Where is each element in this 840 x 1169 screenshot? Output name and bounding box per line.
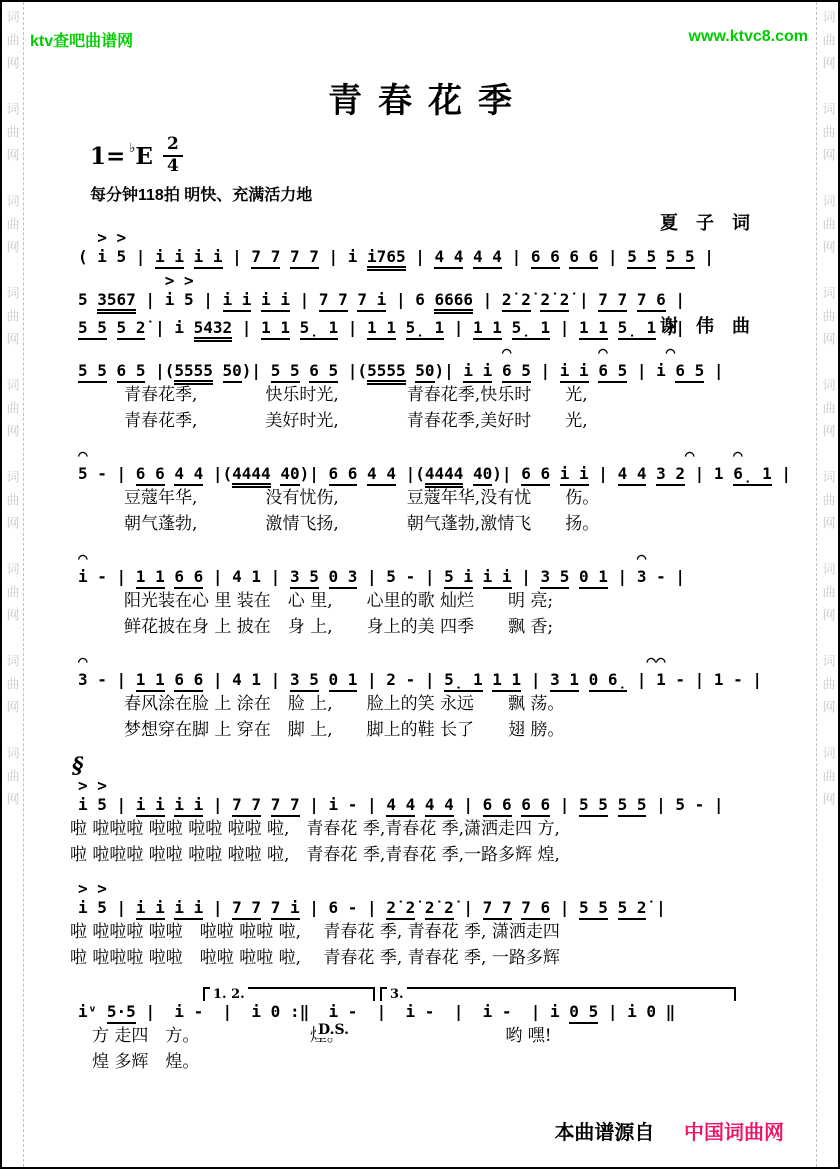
dal-segno-label: D.S. [316, 1022, 351, 1038]
watermark-text: 词曲网 词曲网 词曲网 词曲网 词曲网 词曲网 词曲网 词曲网 词曲网 [3, 10, 22, 1160]
notation-row: i 5 | i i i i | 7 7 7 7 | i - | 4 4 4 4 … [68, 793, 814, 816]
lyric-line: 啦 啦啦啦 啦啦 啦啦 啦啦 啦, 青春花 季,青春花 季,一路多辉 煌, [68, 842, 814, 868]
notation-row: 5 5 5 2̇ | i 5432 | 1 1 5̣ 1 | 1 1 5̣ 1 … [68, 316, 814, 339]
slur-row: ⌒ ⌒ ⌒ [68, 447, 814, 462]
lyric-line: 啦 啦啦啦 啦啦 啦啦 啦啦 啦, 青春花 季,青春花 季,潇洒走四 方, [68, 816, 814, 842]
notation-row: i 5 | i i i i | 7 7 7 i | 6 - | 2̇ 2̇ 2̇… [68, 896, 814, 919]
music-line-9: > > i 5 | i i i i | 7 7 7 i | 6 - | 2̇ 2… [68, 881, 814, 971]
footer-source-label: 本曲谱源自 [554, 1122, 654, 1144]
notation-row: 5 - | 6 6 4 4 |(4444 40)| 6 6 4 4 |(4444… [68, 462, 814, 485]
music-line-6: ⌒ ⌒ i - | 1 1 6 6 | 4 1 | 3 5 0 3 | 5 - … [68, 550, 814, 640]
lyric-line: 煌 多辉 煌。 [68, 1049, 814, 1075]
lyric-line: 阳光装在心 里 装在 心 里, 心里的歌 灿烂 明 亮; [68, 588, 814, 614]
meta-block: 1=♭E 2 4 每分钟118拍 明快、充满活力地 夏 子 词 谢 伟 曲 [26, 136, 814, 218]
footer-credit: 本曲谱源自 中国词曲网 [554, 1116, 784, 1145]
site-link-left[interactable]: ktv查吧曲谱网 [30, 28, 133, 51]
watermark-text: 词曲网 词曲网 词曲网 词曲网 词曲网 词曲网 词曲网 词曲网 词曲网 [819, 10, 838, 1160]
lyric-line: 豆蔻年华, 没有忧伤, 豆蔻年华,没有忧 伤。 [68, 485, 814, 511]
lyric-line: 啦 啦啦啦 啦啦 啦啦 啦啦 啦, 青春花 季, 青春花 季, 潇洒走四 [68, 919, 814, 945]
music-line-1: > > ( i 5 | i i i i | 7 7 7 7 | i i765 |… [68, 230, 814, 268]
notation-row: iᵛ 5·5 | i - | i 0 :‖ i - | i - | i - | … [68, 1000, 814, 1023]
notation-row: 3 - | 1 1 6 6 | 4 1 | 3 5 0 1 | 2 - | 5̣… [68, 668, 814, 691]
music-line-8: > > i 5 | i i i i | 7 7 7 7 | i - | 4 4 … [68, 778, 814, 868]
time-signature: 2 4 [163, 136, 183, 176]
music-line-7: ⌒ ⌒⌒ 3 - | 1 1 6 6 | 4 1 | 3 5 0 1 | 2 -… [68, 653, 814, 743]
music-line-4: ⌒ ⌒ ⌒ 5 5 6 5 |(5555 50)| 5 5 6 5 |(5555… [68, 344, 814, 434]
music-line-10: 1. 2. 3. iᵛ 5·5 | i - | i 0 :‖ i - | i -… [68, 984, 814, 1075]
accent-row: > > [68, 273, 814, 288]
sheet-music-page: 词曲网 词曲网 词曲网 词曲网 词曲网 词曲网 词曲网 词曲网 词曲网 词曲网 … [0, 0, 840, 1169]
meter-numerator: 2 [163, 136, 183, 157]
lyric-line: 青春花季, 快乐时光, 青春花季,快乐时 光, [68, 382, 814, 408]
left-margin-divider [23, 2, 24, 1167]
notation-row: i - | 1 1 6 6 | 4 1 | 3 5 0 3 | 5 - | 5 … [68, 565, 814, 588]
volta-label-3: 3. [387, 987, 407, 1002]
slur-row: ⌒ ⌒⌒ [68, 653, 814, 668]
accent-row: > > [68, 881, 814, 896]
volta-label-1-2: 1. 2. [210, 987, 248, 1002]
footer-site-link[interactable]: 中国词曲网 [684, 1122, 784, 1144]
slur-row: ⌒ ⌒ [68, 550, 814, 565]
segno-mark: § [72, 756, 814, 778]
key-prefix: 1= [90, 143, 125, 170]
notation-row: 5 3567 | i 5 | i i i i | 7 7 7 i | 6 666… [68, 288, 814, 311]
score: > > ( i 5 | i i i i | 7 7 7 7 | i i765 |… [26, 218, 814, 1075]
lyric-line: 鲜花披在身 上 披在 身 上, 身上的美 四季 飘 香; [68, 614, 814, 640]
key-note: E [135, 143, 153, 170]
music-line-5: ⌒ ⌒ ⌒ 5 - | 6 6 4 4 |(4444 40)| 6 6 4 4 … [68, 447, 814, 537]
slur-row: ⌒ ⌒ ⌒ [68, 344, 814, 359]
flat-sign: ♭ [129, 141, 135, 156]
lyric-line: 青春花季, 美好时光, 青春花季,美好时 光, [68, 408, 814, 434]
volta-bracket-3: 3. [380, 987, 736, 1001]
page-content: ktv查吧曲谱网 www.ktvc8.com 青春花季 1=♭E 2 4 每分钟… [26, 2, 814, 1167]
volta-row: 1. 2. 3. [68, 984, 814, 1000]
site-link-right[interactable]: www.ktvc8.com [689, 28, 808, 46]
lyric-line: 朝气蓬勃, 激情飞扬, 朝气蓬勃,激情飞 扬。 [68, 511, 814, 537]
lyric-line: 春风涂在脸 上 涂在 脸 上, 脸上的笑 永远 飘 荡。 [68, 691, 814, 717]
lyric-line: 方 走四 方。 煌。 哟 嘿! [68, 1023, 814, 1049]
right-margin-divider [816, 2, 817, 1167]
music-line-2: > > 5 3567 | i 5 | i i i i | 7 7 7 i | 6… [68, 273, 814, 311]
notation-row: ( i 5 | i i i i | 7 7 7 7 | i i765 | 4 4… [68, 245, 814, 268]
right-watermark-column: 词曲网 词曲网 词曲网 词曲网 词曲网 词曲网 词曲网 词曲网 词曲网 [818, 6, 838, 1163]
notation-row: 5 5 6 5 |(5555 50)| 5 5 6 5 |(5555 50)| … [68, 359, 814, 382]
volta-bracket-1-2: 1. 2. [203, 987, 375, 1001]
song-title: 青春花季 [26, 73, 814, 122]
music-line-3: 5 5 5 2̇ | i 5432 | 1 1 5̣ 1 | 1 1 5̣ 1 … [68, 316, 814, 339]
accent-row: > > [68, 778, 814, 793]
left-watermark-column: 词曲网 词曲网 词曲网 词曲网 词曲网 词曲网 词曲网 词曲网 词曲网 [2, 6, 22, 1163]
lyric-line: 啦 啦啦啦 啦啦 啦啦 啦啦 啦, 青春花 季, 青春花 季, 一路多辉 [68, 945, 814, 971]
accent-row: > > [68, 230, 814, 245]
meter-denominator: 4 [163, 157, 183, 176]
lyric-line: 梦想穿在脚 上 穿在 脚 上, 脚上的鞋 长了 翅 膀。 [68, 717, 814, 743]
top-bar: ktv查吧曲谱网 www.ktvc8.com [26, 2, 814, 51]
